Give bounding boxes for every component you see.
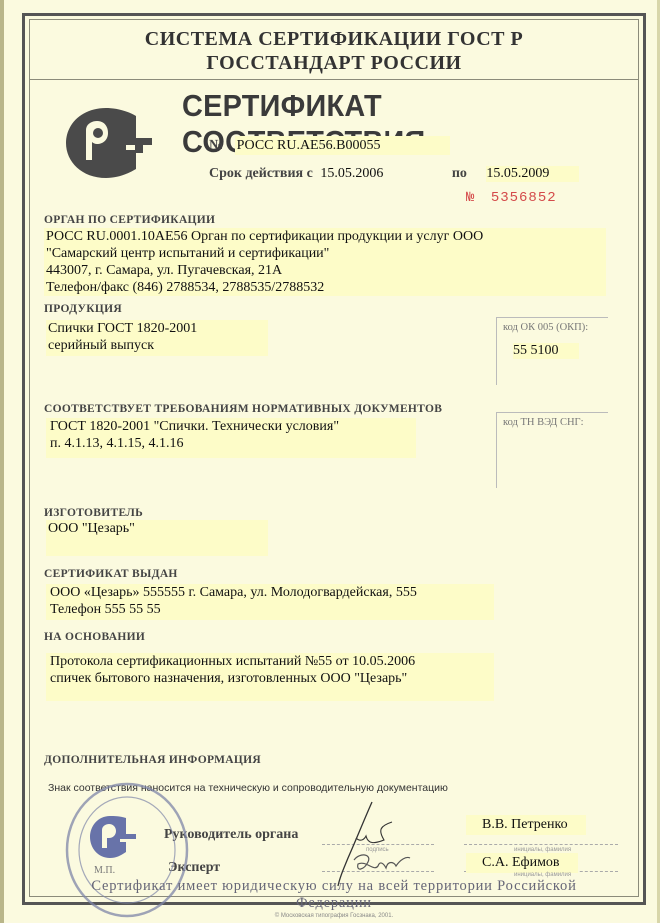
valid-to: 15.05.2009 bbox=[486, 166, 579, 182]
manufacturer-line: ООО "Цезарь" bbox=[48, 520, 268, 537]
issued-to-line: ООО «Цезарь» 555555 г. Самара, ул. Молод… bbox=[50, 584, 494, 601]
validity-label: Срок действия с bbox=[209, 166, 313, 181]
product-line: Спички ГОСТ 1820-2001 bbox=[48, 320, 268, 337]
certificate-sheet: СИСТЕМА СЕРТИФИКАЦИИ ГОСТ Р ГОССТАНДАРТ … bbox=[0, 0, 660, 923]
issued-to-details: ООО «Цезарь» 555555 г. Самара, ул. Молод… bbox=[46, 584, 494, 620]
tn-ved-code-box: код ТН ВЭД СНГ: bbox=[496, 412, 608, 488]
basis-line: Протокола сертификационных испытаний №55… bbox=[50, 653, 494, 670]
basis-label: НА ОСНОВАНИИ bbox=[44, 631, 145, 643]
valid-to-label: по bbox=[452, 166, 467, 181]
system-title: СИСТЕМА СЕРТИФИКАЦИИ ГОСТ Р bbox=[30, 27, 638, 51]
okp-code-box: код ОК 005 (ОКП): 55 5100 bbox=[496, 317, 608, 385]
okp-code-value: 55 5100 bbox=[513, 343, 579, 359]
rst-conformity-mark-icon bbox=[66, 108, 156, 178]
manufacturer-details: ООО "Цезарь" bbox=[46, 520, 268, 556]
expert-signature-icon bbox=[344, 850, 414, 880]
head-name: В.В. Петренко bbox=[466, 815, 586, 835]
certification-body-line: 443007, г. Самара, ул. Пугачевская, 21А bbox=[46, 262, 606, 279]
compliance-line: ГОСТ 1820-2001 "Спички. Технически услов… bbox=[50, 418, 416, 435]
okp-code-label: код ОК 005 (ОКП): bbox=[497, 318, 608, 333]
product-label: ПРОДУКЦИЯ bbox=[44, 303, 122, 315]
basis-line: спичек бытового назначения, изготовленны… bbox=[50, 670, 494, 687]
certification-body-details: РОСС RU.0001.10АЕ56 Орган по сертификаци… bbox=[44, 228, 606, 296]
agency-title: ГОССТАНДАРТ РОССИИ bbox=[30, 51, 638, 75]
issued-to-label: СЕРТИФИКАТ ВЫДАН bbox=[44, 568, 178, 580]
valid-from: 15.05.2006 bbox=[320, 166, 448, 182]
issued-to-line: Телефон 555 55 55 bbox=[50, 601, 494, 618]
expert-name: С.А. Ефимов bbox=[466, 853, 578, 873]
basis-details: Протокола сертификационных испытаний №55… bbox=[46, 653, 494, 701]
manufacturer-label: ИЗГОТОВИТЕЛЬ bbox=[44, 507, 143, 519]
printer-copyright: © Московская типография Госзнака, 2001. bbox=[4, 913, 660, 919]
product-details: Спички ГОСТ 1820-2001 серийный выпуск bbox=[46, 320, 268, 356]
seal-place-label: М.П. bbox=[94, 865, 115, 876]
header-system: СИСТЕМА СЕРТИФИКАЦИИ ГОСТ Р ГОССТАНДАРТ … bbox=[30, 20, 638, 80]
blank-serial-number: № 5356852 bbox=[466, 190, 557, 206]
certification-body-label: ОРГАН ПО СЕРТИФИКАЦИИ bbox=[44, 214, 215, 226]
legal-validity-note: Сертификат имеет юридическую силу на все… bbox=[64, 878, 604, 912]
number-label: № bbox=[209, 138, 223, 153]
blank-number-value: 5356852 bbox=[491, 190, 557, 206]
certification-body-line: "Самарский центр испытаний и сертификаци… bbox=[46, 245, 606, 262]
certification-body-line: Телефон/факс (846) 2788534, 2788535/2788… bbox=[46, 279, 606, 296]
blank-number-label: № bbox=[466, 190, 475, 206]
compliance-label: СООТВЕТСТВУЕТ ТРЕБОВАНИЯМ НОРМАТИВНЫХ ДО… bbox=[44, 403, 442, 415]
certification-body-line: РОСС RU.0001.10АЕ56 Орган по сертификаци… bbox=[46, 228, 606, 245]
certificate-number: РОСС RU.AE56.B00055 bbox=[235, 136, 451, 155]
additional-info-label: ДОПОЛНИТЕЛЬНАЯ ИНФОРМАЦИЯ bbox=[44, 754, 261, 766]
tn-ved-code-label: код ТН ВЭД СНГ: bbox=[497, 413, 608, 428]
compliance-details: ГОСТ 1820-2001 "Спички. Технически услов… bbox=[46, 418, 416, 458]
validity-row: Срок действия с 15.05.2006 по 15.05.2009 bbox=[209, 166, 579, 182]
compliance-line: п. 4.1.13, 4.1.15, 4.1.16 bbox=[50, 435, 416, 452]
certificate-number-row: № РОСС RU.AE56.B00055 bbox=[209, 138, 450, 154]
head-name-line bbox=[464, 844, 618, 845]
product-line: серийный выпуск bbox=[48, 337, 268, 354]
